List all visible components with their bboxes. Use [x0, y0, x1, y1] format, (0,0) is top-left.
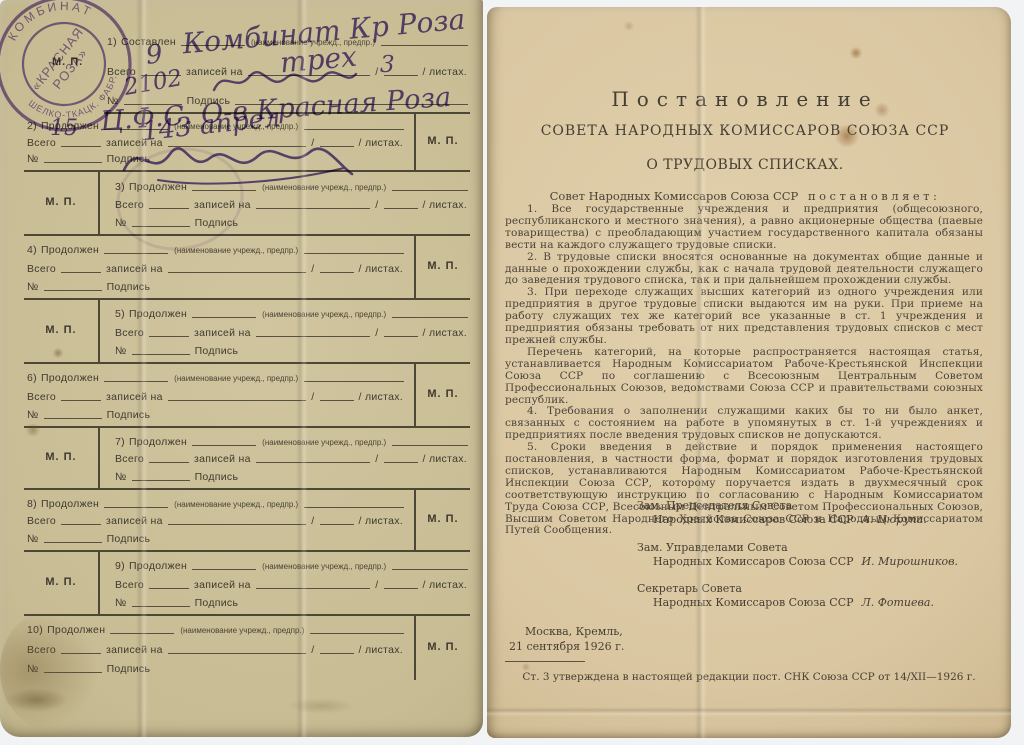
paragraph: 1. Все государственные учреждения и пред…	[505, 204, 983, 252]
form-section-body: 7)Продолжен (наименование учрежд., предп…	[100, 426, 470, 488]
slash: /	[311, 391, 314, 403]
form-section: М. П. 8)Продолжен (наименование учрежд.,…	[24, 488, 470, 552]
stain	[521, 663, 531, 671]
sheets-label: / листах.	[423, 199, 467, 211]
blank-line	[61, 514, 101, 525]
blank-line	[392, 559, 468, 570]
form-section-body: 6)Продолжен (наименование учрежд., предп…	[24, 362, 414, 426]
blank-line	[320, 643, 354, 654]
section-verb: Продолжен	[41, 372, 99, 384]
total-label: Всего	[115, 453, 144, 465]
signature-label: Подпись	[107, 281, 151, 293]
entries-on-label: записей на	[194, 327, 251, 339]
signature-label: Подпись	[107, 663, 151, 675]
form-section-body: 10)Продолжен (наименование учрежд., пред…	[24, 614, 414, 680]
slash: /	[375, 66, 378, 78]
slash: /	[375, 453, 378, 465]
slash: /	[375, 327, 378, 339]
signer-name: И. Мирошников.	[854, 555, 958, 568]
section-number: 8)	[27, 498, 37, 510]
form-section: М. П. 4)Продолжен (наименование учрежд.,…	[24, 234, 470, 300]
mp-seal-label: М. П.	[427, 388, 458, 400]
blank-line	[44, 662, 102, 673]
blank-line	[384, 326, 418, 337]
signer-name: А. Цюрупа.	[854, 513, 927, 526]
sheets-label: / листах.	[423, 66, 467, 78]
section-verb: Продолжен	[41, 498, 99, 510]
decree-title: Постановление	[505, 87, 985, 111]
signature: Секретарь Совета Народных Комиссаров Сою…	[637, 582, 958, 611]
blank-line	[168, 390, 307, 401]
svg-text:КОМБИНАТ: КОМБИНАТ	[0, 0, 99, 46]
signature-label: Подпись	[195, 345, 239, 357]
stain	[4, 688, 68, 712]
section-verb: Продолжен	[129, 436, 187, 448]
blank-line	[104, 371, 168, 382]
handwriting-total-1: 9	[145, 41, 164, 69]
signer-org: Народных Комиссаров Союза ССР	[653, 513, 854, 526]
signature-block: Зам. Председателя Совета Народных Комисс…	[637, 499, 958, 624]
mp-seal-cell: М. П.	[414, 488, 470, 550]
blank-line	[256, 326, 371, 337]
blank-line	[384, 452, 418, 463]
signature: Зам. Председателя Совета Народных Комисс…	[637, 499, 958, 528]
form-section-body: 4)Продолжен (наименование учрежд., предп…	[24, 234, 414, 298]
blank-line	[310, 623, 404, 634]
slash: /	[375, 199, 378, 211]
section-number: 9)	[115, 560, 125, 572]
number-label: №	[27, 533, 39, 545]
entries-on-label: записей на	[106, 644, 163, 656]
handwriting-sheets-num-1: 3	[380, 54, 395, 77]
signature-label: Подпись	[107, 409, 151, 421]
mp-seal-label: М. П.	[45, 451, 76, 463]
blank-line	[149, 452, 189, 463]
blank-line	[61, 643, 101, 654]
paragraph: Перечень категорий, на которые распростр…	[505, 347, 983, 407]
form-section-body: 8)Продолжен (наименование учрежд., предп…	[24, 488, 414, 550]
blank-line	[168, 262, 307, 273]
blank-line	[132, 344, 190, 355]
sheets-label: / листах.	[359, 391, 403, 403]
mp-seal-cell: М. П.	[414, 234, 470, 298]
section-verb: Продолжен	[129, 560, 187, 572]
decree-body: 1. Все государственные учреждения и пред…	[505, 204, 983, 537]
total-label: Всего	[115, 579, 144, 591]
sheets-label: / листах.	[423, 453, 467, 465]
mp-seal-cell: М. П.	[414, 112, 470, 170]
number-label: №	[27, 153, 39, 165]
slash: /	[311, 515, 314, 527]
blank-line	[132, 596, 190, 607]
left-page-form: М. П. М. П. 1)Составлен (наименование уч…	[0, 0, 483, 737]
mp-seal-cell: М. П.	[24, 171, 100, 234]
blank-line	[320, 262, 354, 273]
scanned-document-spread: М. П. М. П. 1)Составлен (наименование уч…	[0, 0, 1024, 745]
form-section: М. П. 9)Продолжен (наименование учрежд.,…	[24, 550, 470, 616]
blank-line	[192, 559, 256, 570]
signer-name: Л. Фотиева.	[854, 596, 934, 609]
number-label: №	[27, 281, 39, 293]
form-section: М. П. 10)Продолжен (наименование учрежд.…	[24, 614, 470, 680]
signer-org: Народных Комиссаров Союза ССР	[653, 555, 854, 568]
blank-line	[61, 390, 101, 401]
sheets-label: / листах.	[359, 644, 403, 656]
lead-text: Совет Народных Комиссаров Союза ССР	[550, 189, 799, 203]
signer-role: Секретарь Совета	[637, 582, 958, 596]
blank-line	[110, 623, 174, 634]
right-page-decree: Постановление СОВЕТА НАРОДНЫХ КОМИССАРОВ…	[487, 7, 1011, 738]
signature-label: Подпись	[195, 471, 239, 483]
blank-line	[304, 497, 404, 508]
footnote: Ст. 3 утверждена в настоящей редакции по…	[487, 671, 1011, 683]
mp-seal-label: М. П.	[45, 196, 76, 208]
field-hint: (наименование учрежд., предпр.)	[174, 500, 298, 509]
form-section: М. П. 6)Продолжен (наименование учрежд.,…	[24, 362, 470, 428]
signature-scrawl-2	[118, 130, 358, 190]
blank-line	[256, 198, 371, 209]
field-hint: (наименование учрежд., предпр.)	[174, 374, 298, 383]
field-hint: (наименование учрежд., предпр.)	[262, 310, 386, 319]
signature: Зам. Управделами Совета Народных Комисса…	[637, 541, 958, 570]
stain	[286, 698, 356, 714]
number-label: №	[27, 663, 39, 675]
blank-line	[132, 470, 190, 481]
sheets-label: / листах.	[359, 137, 403, 149]
total-label: Всего	[27, 515, 56, 527]
entries-on-label: записей на	[194, 453, 251, 465]
sheets-label: / листах.	[359, 515, 403, 527]
mp-seal-cell: М. П.	[24, 426, 100, 488]
decree-lead: Совет Народных Комиссаров Союза ССР пост…	[505, 189, 985, 203]
total-label: Всего	[27, 644, 56, 656]
slash: /	[311, 263, 314, 275]
number-label: №	[115, 345, 127, 357]
mp-seal-label: М. П.	[427, 641, 458, 653]
blank-line	[304, 371, 404, 382]
total-label: Всего	[115, 327, 144, 339]
total-label: Всего	[27, 263, 56, 275]
section-number: 7)	[115, 436, 125, 448]
handwriting-total-2: 15	[50, 118, 78, 140]
paper-crease	[487, 707, 1011, 717]
mp-seal-label: М. П.	[427, 513, 458, 525]
decree-subject: О ТРУДОВЫХ СПИСКАХ.	[505, 157, 985, 173]
blank-line	[168, 514, 307, 525]
blank-line	[149, 326, 189, 337]
signer-role: Зам. Председателя Совета	[637, 499, 958, 513]
form-section: М. П. 7)Продолжен (наименование учрежд.,…	[24, 426, 470, 490]
mp-seal-label: М. П.	[427, 260, 458, 272]
sheets-label: / листах.	[359, 263, 403, 275]
signature-scrawl-1	[210, 60, 360, 102]
blank-line	[44, 532, 102, 543]
form-section: М. П. 5)Продолжен (наименование учрежд.,…	[24, 298, 470, 364]
blank-line	[44, 152, 102, 163]
blank-line	[149, 578, 189, 589]
form-section-body: 5)Продолжен (наименование учрежд., предп…	[100, 298, 470, 362]
signature-label: Подпись	[107, 533, 151, 545]
blank-line	[304, 243, 404, 254]
blank-line	[256, 452, 371, 463]
paragraph: 3. При переходе служащих высших категори…	[505, 287, 983, 347]
blank-line	[392, 435, 468, 446]
section-verb: Продолжен	[41, 244, 99, 256]
entries-on-label: записей на	[106, 263, 163, 275]
number-label: №	[115, 597, 127, 609]
blank-line	[384, 198, 418, 209]
lead-verb: постановляет:	[808, 189, 940, 203]
blank-line	[320, 390, 354, 401]
blank-line	[256, 578, 371, 589]
mp-seal-cell: М. П.	[24, 550, 100, 614]
slash: /	[375, 579, 378, 591]
entries-on-label: записей на	[106, 391, 163, 403]
blank-line	[320, 514, 354, 525]
section-number: 6)	[27, 372, 37, 384]
blank-line	[392, 307, 468, 318]
entries-on-label: записей на	[106, 515, 163, 527]
blank-line	[61, 262, 101, 273]
stain	[849, 47, 863, 59]
place: Москва, Кремль,	[525, 625, 624, 640]
stain	[623, 21, 635, 31]
sheets-label: / листах.	[423, 579, 467, 591]
section-number: 4)	[27, 244, 37, 256]
footnote-rule	[505, 661, 585, 662]
mp-seal-label: М. П.	[45, 324, 76, 336]
total-label: Всего	[27, 391, 56, 403]
decree-header: Постановление СОВЕТА НАРОДНЫХ КОМИССАРОВ…	[505, 87, 985, 203]
place-date: Москва, Кремль, 21 сентября 1926 г.	[509, 625, 624, 655]
signer-org: Народных Комиссаров Союза ССР	[653, 596, 854, 609]
form-section-body: 9)Продолжен (наименование учрежд., предп…	[100, 550, 470, 614]
section-number: 10)	[27, 624, 43, 636]
entries-on-label: записей на	[194, 579, 251, 591]
decree-subtitle: СОВЕТА НАРОДНЫХ КОМИССАРОВ СОЮЗА ССР	[505, 123, 985, 139]
blank-line	[192, 435, 256, 446]
signer-role: Зам. Управделами Совета	[637, 541, 958, 555]
blank-line	[168, 643, 307, 654]
paragraph: 2. В трудовые списки вносятся основанные…	[505, 252, 983, 288]
sheets-label: / листах.	[423, 327, 467, 339]
blank-line	[384, 578, 418, 589]
mp-seal-cell: М. П.	[24, 298, 100, 362]
slash: /	[311, 644, 314, 656]
paragraph: 4. Требования о заполнении служащими как…	[505, 406, 983, 442]
mp-seal-label: М. П.	[427, 135, 458, 147]
section-number: 5)	[115, 308, 125, 320]
field-hint: (наименование учрежд., предпр.)	[262, 438, 386, 447]
section-verb: Продолжен	[129, 308, 187, 320]
blank-line	[192, 307, 256, 318]
blank-line	[44, 408, 102, 419]
blank-line	[392, 180, 468, 191]
blank-line	[104, 497, 168, 508]
mp-seal-cell: М. П.	[414, 614, 470, 680]
field-hint: (наименование учрежд., предпр.)	[180, 626, 304, 635]
field-hint: (наименование учрежд., предпр.)	[262, 562, 386, 571]
mp-seal-label: М. П.	[45, 576, 76, 588]
signature-label: Подпись	[195, 597, 239, 609]
blank-line	[44, 280, 102, 291]
section-verb: Продолжен	[47, 624, 105, 636]
date: 21 сентября 1926 г.	[509, 640, 624, 655]
number-label: №	[27, 409, 39, 421]
number-label: №	[115, 471, 127, 483]
mp-seal-cell: М. П.	[414, 362, 470, 426]
